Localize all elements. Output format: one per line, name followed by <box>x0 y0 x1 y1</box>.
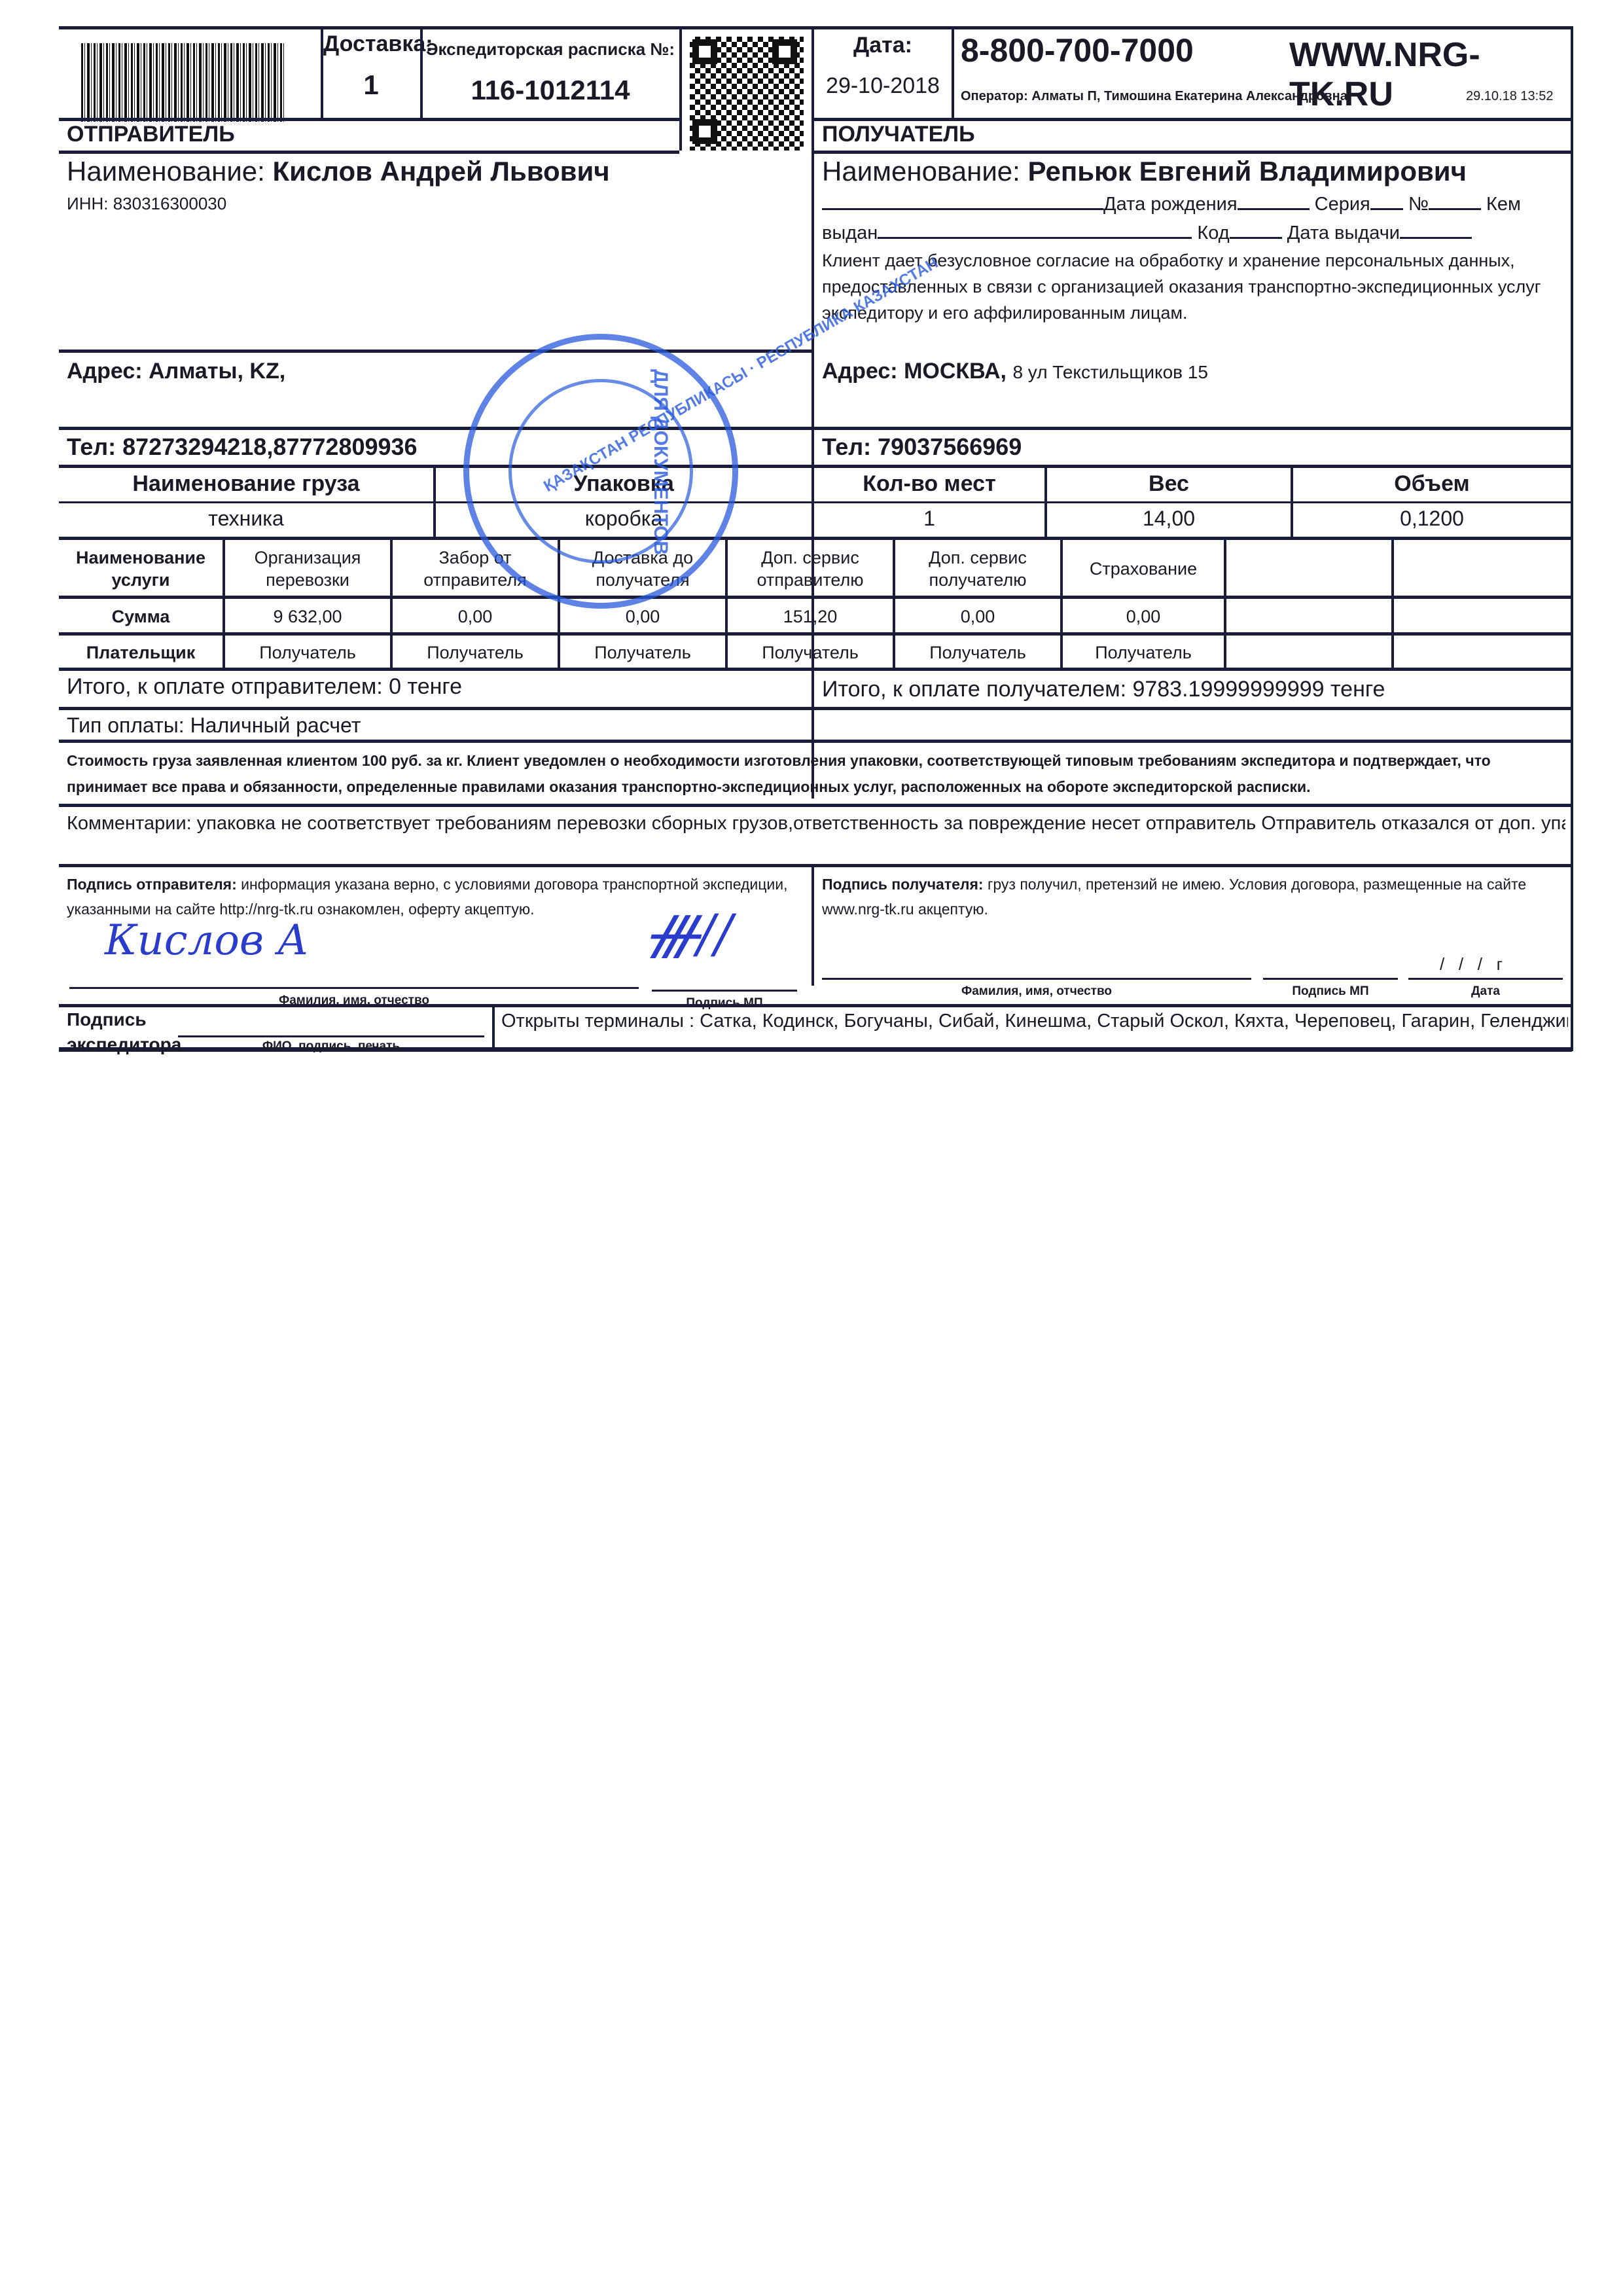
recipient-id-line-1: Дата рождения Серия № Кем <box>822 190 1521 215</box>
comments: Комментарии: упаковка не соответствует т… <box>67 813 1565 834</box>
cargo-header-name: Наименование груза <box>59 471 433 497</box>
recipient-date-placeholder: / / / г <box>1440 954 1503 975</box>
service-payer-cell: Получатель <box>393 635 558 670</box>
consent-text: Клиент дает безусловное согласие на обра… <box>822 247 1555 326</box>
payment-type: Тип оплаты: Наличный расчет <box>67 713 361 738</box>
cargo-header-volume: Объем <box>1293 471 1571 497</box>
forwarder-label-line-1: Подпись <box>67 1009 147 1030</box>
recipient-fio-line[interactable] <box>822 978 1251 980</box>
service-name-cell: Доп. сервис отправителю <box>728 539 893 598</box>
date-value: 29-10-2018 <box>814 73 952 99</box>
service-row-label-name: Наименование услуги <box>59 539 223 598</box>
service-sum-cell: 0,00 <box>560 598 725 635</box>
sender-inn: ИНН: 830316300030 <box>67 194 226 214</box>
service-sum-cell: 0,00 <box>1063 598 1224 635</box>
sender-name-value: Кислов Андрей Львович <box>273 156 610 187</box>
cargo-volume-value: 0,1200 <box>1293 507 1571 531</box>
cargo-weight-value: 14,00 <box>1047 507 1291 531</box>
qr-code-icon <box>690 37 804 151</box>
service-row-label-payer: Плательщик <box>59 635 223 670</box>
service-sum-cell: 0,00 <box>895 598 1060 635</box>
recipient-fullname-field[interactable] <box>822 190 1103 210</box>
cargo-name-value: техника <box>59 507 433 531</box>
forwarding-receipt: Доставка: 1 Экспедиторская расписка №: 1… <box>59 26 1572 1051</box>
birth-date-field[interactable] <box>1238 190 1310 210</box>
print-timestamp: 29.10.18 13:52 <box>1466 89 1553 104</box>
service-name-cell: Организация перевозки <box>225 539 390 598</box>
barcode-icon <box>81 43 284 122</box>
passport-series-field[interactable] <box>1370 190 1403 210</box>
recipient-signature-statement: Подпись получателя: груз получил, претен… <box>822 872 1561 922</box>
operator-info: Оператор: Алматы П, Тимошина Екатерина А… <box>961 89 1347 104</box>
hotline-phone[interactable]: 8-800-700-7000 <box>961 31 1194 69</box>
recipient-name-value: Репьюк Евгений Владимирович <box>1028 156 1467 187</box>
receipt-number: 116-1012114 <box>423 75 678 106</box>
service-payer-cell: Получатель <box>895 635 1060 670</box>
service-row-label-sum: Сумма <box>59 598 223 635</box>
sender-scribble-signature: ᚍ∕∕ <box>648 903 732 964</box>
forwarder-label-line-2: экспедитора <box>67 1034 181 1055</box>
service-name-cell <box>1226 539 1391 598</box>
issued-by-field[interactable] <box>878 219 1192 239</box>
recipient-id-line-2: выдан Код Дата выдачи <box>822 219 1472 244</box>
recipient-sign-line[interactable] <box>1263 978 1398 980</box>
sender-address: Адрес: Алматы, KZ, <box>67 359 285 384</box>
sender-handwritten-signature: Кислов А <box>105 916 309 965</box>
date-label: Дата: <box>814 33 952 58</box>
service-sum-cell: 0,00 <box>393 598 558 635</box>
service-payer-cell: Получатель <box>225 635 390 670</box>
service-sum-cell <box>1226 598 1391 635</box>
service-name-cell: Страхование <box>1063 539 1224 598</box>
open-terminals: Открыты терминалы : Сатка, Кодинск, Богу… <box>501 1011 1568 1032</box>
passport-number-field[interactable] <box>1429 190 1481 210</box>
service-sum-cell: 9 632,00 <box>225 598 390 635</box>
service-name-cell: Доп. сервис получателю <box>895 539 1060 598</box>
service-payer-cell <box>1394 635 1572 670</box>
recipient-address: Адрес: МОСКВА, 8 ул Текстильщиков 15 <box>822 359 1208 384</box>
delivery-label: Доставка: <box>323 31 419 57</box>
service-sum-cell <box>1394 598 1572 635</box>
recipient-date-caption: Дата <box>1408 984 1563 999</box>
cargo-packaging-value: коробка <box>436 507 811 531</box>
receipt-number-label: Экспедиторская расписка №: <box>423 39 678 60</box>
sender-section-title: ОТПРАВИТЕЛЬ <box>67 122 235 147</box>
service-payer-cell: Получатель <box>1063 635 1224 670</box>
service-payer-cell: Получатель <box>728 635 893 670</box>
service-payer-cell <box>1226 635 1391 670</box>
recipient-date-line[interactable] <box>1408 978 1563 980</box>
service-sum-cell: 151,20 <box>728 598 893 635</box>
service-name-cell <box>1394 539 1572 598</box>
recipient-fio-caption: Фамилия, имя, отчество <box>822 984 1251 999</box>
recipient-total: Итого, к оплате получателем: 9783.199999… <box>822 677 1385 702</box>
recipient-sign-caption: Подпись МП <box>1263 984 1398 999</box>
service-payer-cell: Получатель <box>560 635 725 670</box>
code-field[interactable] <box>1230 219 1282 239</box>
cargo-header-packaging: Упаковка <box>436 471 811 497</box>
recipient-section-title: ПОЛУЧАТЕЛЬ <box>822 122 975 147</box>
top-border <box>59 26 1572 29</box>
service-name-cell: Забор от отправителя <box>393 539 558 598</box>
sender-phone: Тел: 87273294218,87772809936 <box>67 433 418 461</box>
service-name-cell: Доставка до получателя <box>560 539 725 598</box>
forwarder-caption: ФИО, подпись, печать <box>178 1039 484 1054</box>
sender-sign-caption: Подпись МП <box>652 996 797 1011</box>
issue-date-field[interactable] <box>1400 219 1472 239</box>
delivery-value: 1 <box>323 69 419 101</box>
cargo-header-weight: Вес <box>1047 471 1291 497</box>
sender-name: Наименование: Кислов Андрей Львович <box>67 156 610 187</box>
recipient-name: Наименование: Репьюк Евгений Владимирови… <box>822 156 1467 187</box>
forwarder-signature-line[interactable] <box>178 1035 484 1037</box>
cargo-value-notice: Стоимость груза заявленная клиентом 100 … <box>67 747 1565 800</box>
cargo-places-value: 1 <box>814 507 1044 531</box>
recipient-phone: Тел: 79037566969 <box>822 433 1022 461</box>
sender-total: Итого, к оплате отправителем: 0 тенге <box>67 674 462 700</box>
cargo-header-places: Кол-во мест <box>814 471 1044 497</box>
